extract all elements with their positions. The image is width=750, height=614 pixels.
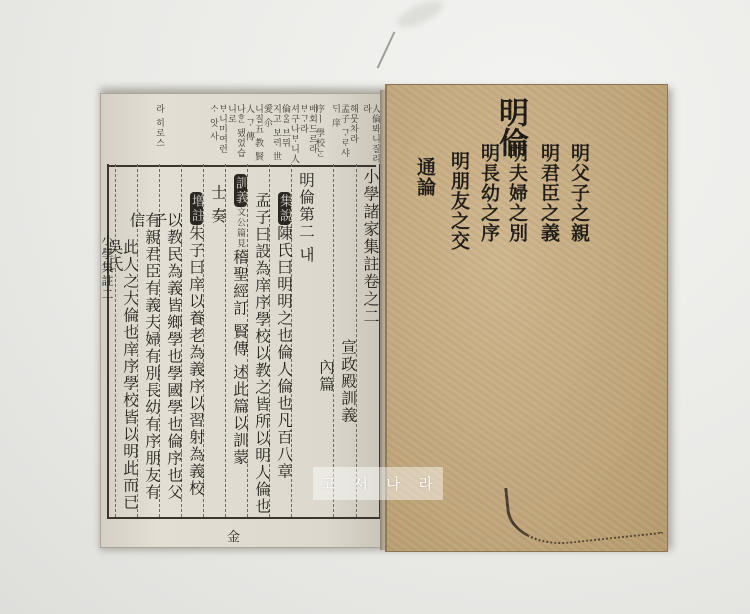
text-frame: 小學諸家集註卷之二 宣政殿訓義 明倫第二 내 內篇 集說陳氏曰明明之也倫人倫也凡…: [107, 164, 381, 519]
header-annotation: ᄇᆞ니미여런 ᄉᆞ 앗 사: [208, 104, 226, 165]
watermark-char: 서: [354, 473, 371, 494]
cover-line: 明君臣之義: [539, 143, 558, 243]
folio-mark: 金: [227, 526, 240, 545]
watermark-char: 라: [419, 473, 436, 494]
watermark-char: 나: [386, 473, 403, 494]
text-column: 宣政殿訓義: [333, 164, 355, 517]
column-text: 稽聖經訂 賢傳 述此篇以訓蒙: [231, 249, 249, 466]
header-annotation: 人倫봐니질리라: [361, 104, 379, 165]
small-annotation: 文公篇見: [235, 207, 245, 249]
watermark: 고 서 나 라: [313, 467, 443, 500]
text-column: 士 奏: [203, 164, 225, 517]
cover-line: 明長幼之序: [479, 143, 498, 243]
header-annotation: 해뭇차라: [348, 104, 357, 144]
background-smudge: [394, 0, 447, 33]
commentary-badge: 集說: [278, 192, 291, 225]
header-annotation: 나ᄒᆞᆫ 됐었습니로: [226, 104, 244, 165]
ink-scratch-mark: [504, 472, 663, 550]
cover-line: 明朋友之交: [449, 151, 468, 251]
column-text: 朱子曰庠以養老為義序以習射為義校: [187, 225, 205, 497]
text-column: 訓義文公篇見稽聖經訂 賢傳 述此篇以訓蒙: [225, 164, 247, 517]
text-column: 以教民為義皆鄉學也學國學也倫序也父子: [159, 164, 181, 517]
header-annotation: 孟子 ᄀᆞᄅᆞ샤ᄃᆡ 庠: [330, 104, 348, 165]
text-column: 孟子曰設為庠序學校以教之皆所以明人倫也: [247, 164, 269, 517]
text-column: 內篇: [313, 164, 333, 517]
page-header-annotations: 人倫봐니질리라 해뭇차라 孟子 ᄀᆞᄅᆞ샤ᄃᆡ 庠 序ㅣ 學校ᄂᆞᆫ 배회드르라…: [108, 100, 376, 167]
cover-title: 明倫: [495, 97, 525, 157]
text-column: 有親君臣有義夫婦有別長幼有序朋友有信: [137, 164, 159, 517]
background-crack: [377, 31, 396, 68]
header-annotation: 배회드르라 ᄇᆞᄀᆞ라: [298, 104, 316, 165]
chapter-heading-column: 明倫第二 내: [291, 164, 313, 517]
margin-column: 小學集註二: [95, 164, 113, 517]
commentary-badge: 訓義: [234, 174, 247, 207]
header-annotation: 니질五 教 賢 人 ᄀᆞ 傳: [244, 104, 262, 165]
text-column: 增註朱子曰庠以養老為義序以習射為義校: [181, 164, 203, 517]
header-annotation: 라 히로스: [154, 104, 163, 148]
commentary-badge: 增註: [190, 192, 203, 225]
header-annotation: 지고 보ᄅᆡ 世 愛 尒: [262, 104, 280, 165]
column-text: 陳氏曰明明之也倫人倫也凡百八章: [275, 225, 293, 480]
cover-line: 明父子之親: [569, 143, 588, 243]
header-annotation: 셔구나ᄇᆞ니人倫ᄋᆞᆯ 브뮈: [280, 104, 298, 165]
watermark-char: 고: [321, 473, 338, 494]
text-column: 此人之大倫也庠序學校皆以明此而已吳氏: [115, 164, 137, 517]
text-column: 集說陳氏曰明明之也倫人倫也凡百八章: [269, 164, 291, 517]
book-title-column: 小學諸家集註卷之二: [356, 164, 378, 517]
cover-line: 通論: [415, 157, 434, 197]
cover-line: 明夫婦之別: [507, 143, 526, 243]
